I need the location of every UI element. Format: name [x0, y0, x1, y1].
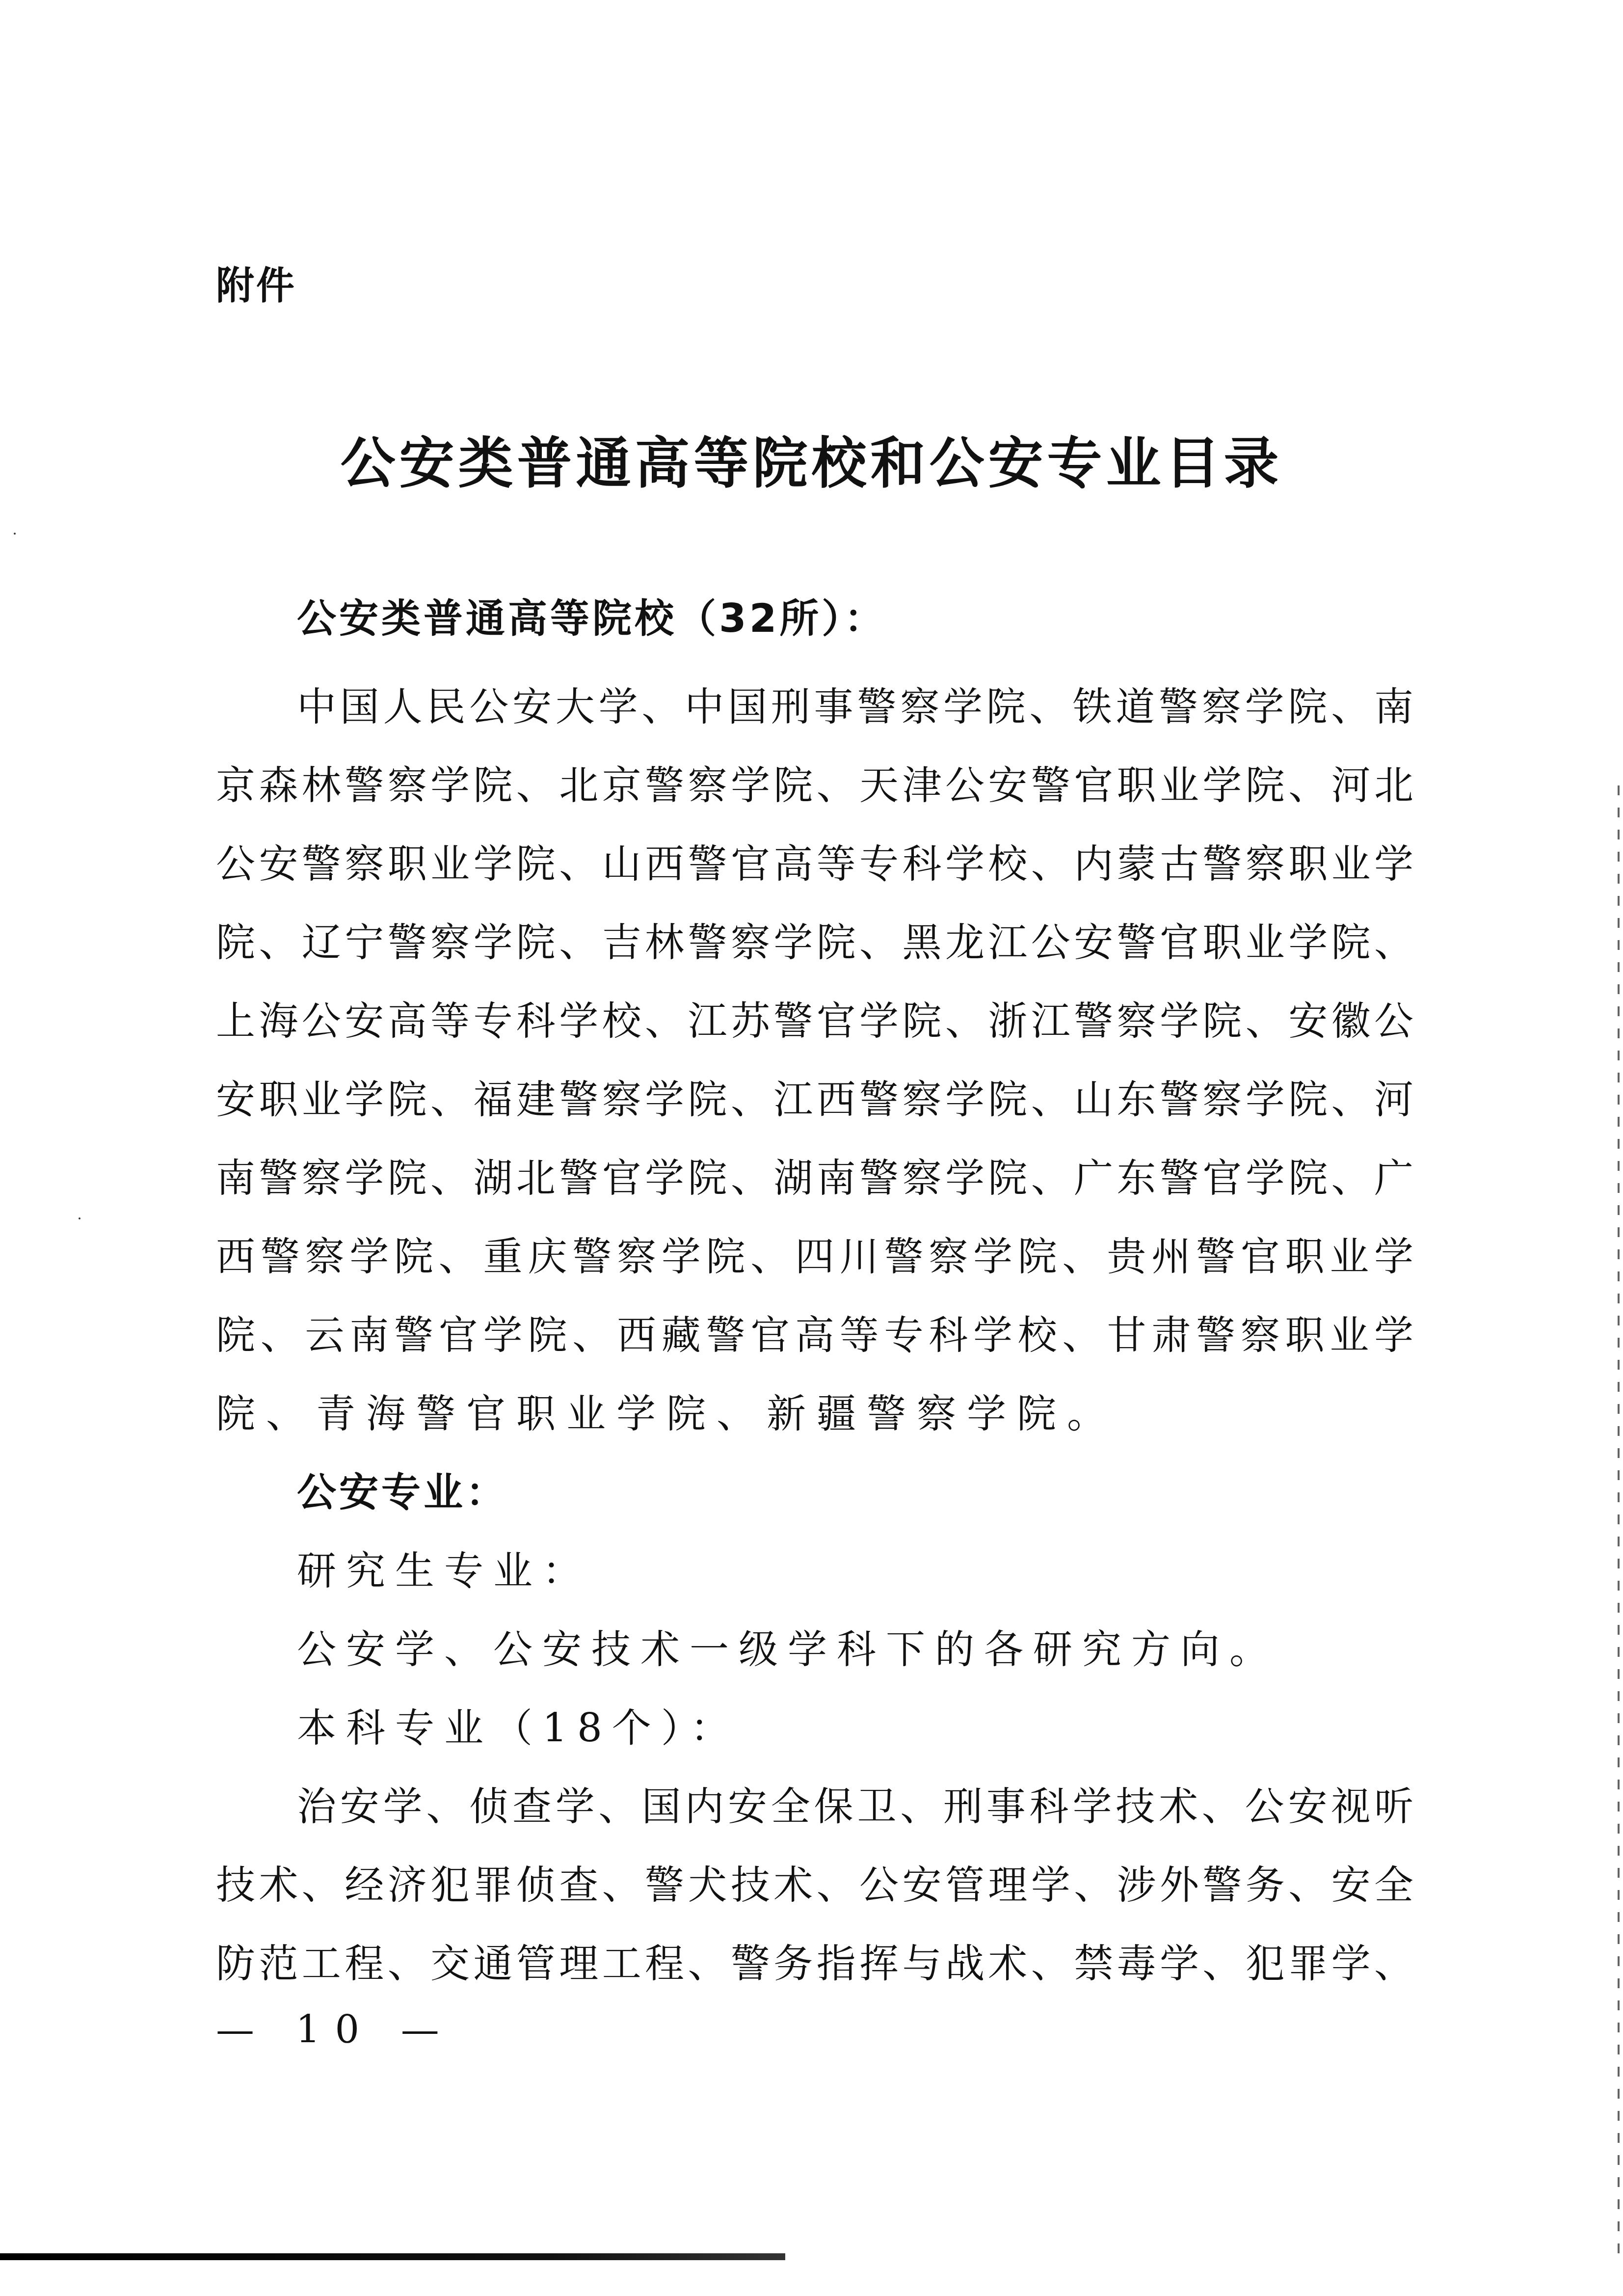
undergraduate-line: 技术、经济犯罪侦查、警犬技术、公安管理学、涉外警务、安全	[216, 1858, 1413, 1912]
colleges-line: 上海公安高等专科学校、江苏警官学院、浙江警察学院、安徽公	[216, 994, 1413, 1048]
document-page: 附件 公安类普通高等院校和公安专业目录 公安类普通高等院校（32所）： 中国人民…	[0, 0, 1623, 2296]
graduate-text: 公安学、公安技术一级学科下的各研究方向。	[297, 1622, 1413, 1676]
colleges-line: 院、青海警官职业学院、新疆警察学院。	[216, 1387, 1413, 1441]
scan-artifact-bar	[0, 2253, 785, 2260]
scan-artifact-edge	[1618, 785, 1620, 2258]
colleges-line: 安职业学院、福建警察学院、江西警察学院、山东警察学院、河	[216, 1073, 1413, 1127]
undergraduate-line: 治安学、侦查学、国内安全保卫、刑事科学技术、公安视听	[297, 1780, 1413, 1834]
colleges-line: 院、云南警官学院、西藏警官高等专科学校、甘肃警察职业学	[216, 1308, 1413, 1362]
undergraduate-line: 防范工程、交通管理工程、警务指挥与战术、禁毒学、犯罪学、	[216, 1937, 1413, 1991]
colleges-line: 院、辽宁警察学院、吉林警察学院、黑龙江公安警官职业学院、	[216, 916, 1413, 970]
colleges-line: 西警察学院、重庆警察学院、四川警察学院、贵州警官职业学	[216, 1230, 1413, 1284]
colleges-line: 公安警察职业学院、山西警官高等专科学校、内蒙古警察职业学	[216, 837, 1413, 891]
majors-heading: 公安专业：	[297, 1465, 1413, 1519]
document-title: 公安类普通高等院校和公安专业目录	[0, 420, 1623, 499]
colleges-line: 京森林警察学院、北京警察学院、天津公安警官职业学院、河北	[216, 758, 1413, 812]
scan-speck	[14, 533, 16, 535]
page-number: — 10 —	[216, 2008, 454, 2052]
graduate-label: 研究生专业：	[297, 1544, 1413, 1598]
undergraduate-label: 本科专业（18个）：	[297, 1701, 1413, 1755]
colleges-line: 南警察学院、湖北警官学院、湖南警察学院、广东警官学院、广	[216, 1151, 1413, 1205]
scan-speck	[79, 1217, 80, 1219]
colleges-heading: 公安类普通高等院校（32所）：	[297, 592, 1413, 646]
colleges-line: 中国人民公安大学、中国刑事警察学院、铁道警察学院、南	[297, 680, 1413, 734]
attachment-label: 附件	[216, 255, 296, 310]
